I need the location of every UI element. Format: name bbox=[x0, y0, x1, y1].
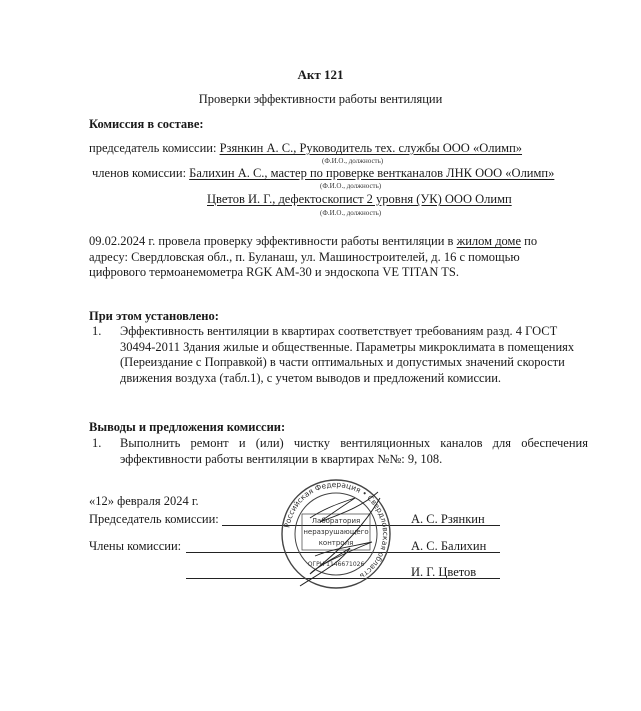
stamp-inner-line-2: неразрушающего bbox=[303, 528, 368, 536]
document-subtitle: Проверки эффективности работы вентиляции bbox=[0, 92, 641, 107]
findings-item: 1. Эффективность вентиляции в квартирах … bbox=[92, 324, 582, 386]
findings-heading: При этом установлено: bbox=[89, 309, 219, 324]
stamp-inner-line-1: Лаборатория bbox=[312, 517, 360, 525]
intro-text-1: 09.02.2024 г. провела проверку эффективн… bbox=[89, 234, 457, 248]
findings-item-number: 1. bbox=[92, 324, 101, 340]
members-sign-label: Члены комиссии: bbox=[89, 539, 181, 554]
members-label: членов комиссии: bbox=[92, 166, 186, 180]
conclusions-heading: Выводы и предложения комиссии: bbox=[89, 420, 285, 435]
intro-paragraph: 09.02.2024 г. провела проверку эффективн… bbox=[89, 234, 569, 281]
chairman-value: Рзянкин А. С., Руководитель тех. службы … bbox=[220, 141, 522, 155]
conclusions-item: 1. Выполнить ремонт и (или) чистку венти… bbox=[92, 436, 588, 467]
member-1-value: Балихин А. С., мастер по проверке вентка… bbox=[189, 166, 554, 180]
member-2-caption: (Ф.И.О., должность) bbox=[320, 209, 381, 217]
member-1-sign-name: А. С. Балихин bbox=[411, 539, 486, 554]
commission-heading: Комиссия в составе: bbox=[89, 117, 204, 132]
member-2-value: Цветов И. Г., дефектоскопист 2 уровня (У… bbox=[207, 192, 512, 207]
chairman-sign-name: А. С. Рзянкин bbox=[411, 512, 485, 527]
chairman-label: председатель комиссии: bbox=[89, 141, 216, 155]
chairman-caption: (Ф.И.О., должность) bbox=[322, 157, 383, 165]
member-2-sign-name: И. Г. Цветов bbox=[411, 565, 476, 580]
chairman-row: председатель комиссии: Рзянкин А. С., Ру… bbox=[89, 141, 522, 156]
findings-item-text: Эффективность вентиляции в квартирах соо… bbox=[120, 324, 582, 386]
signature-date: «12» февраля 2024 г. bbox=[89, 494, 199, 509]
conclusions-item-text: Выполнить ремонт и (или) чистку вентиляц… bbox=[120, 436, 588, 467]
chairman-sign-label: Председатель комиссии: bbox=[89, 512, 219, 527]
conclusions-item-number: 1. bbox=[92, 436, 101, 452]
members-row: членов комиссии: Балихин А. С., мастер п… bbox=[92, 166, 554, 181]
document-title: Акт 121 bbox=[0, 67, 641, 83]
intro-underlined: жилом доме bbox=[457, 234, 521, 248]
official-stamp-icon: Российская Федерация • Свердловская обла… bbox=[280, 478, 392, 590]
member-1-caption: (Ф.И.О., должность) bbox=[320, 182, 381, 190]
